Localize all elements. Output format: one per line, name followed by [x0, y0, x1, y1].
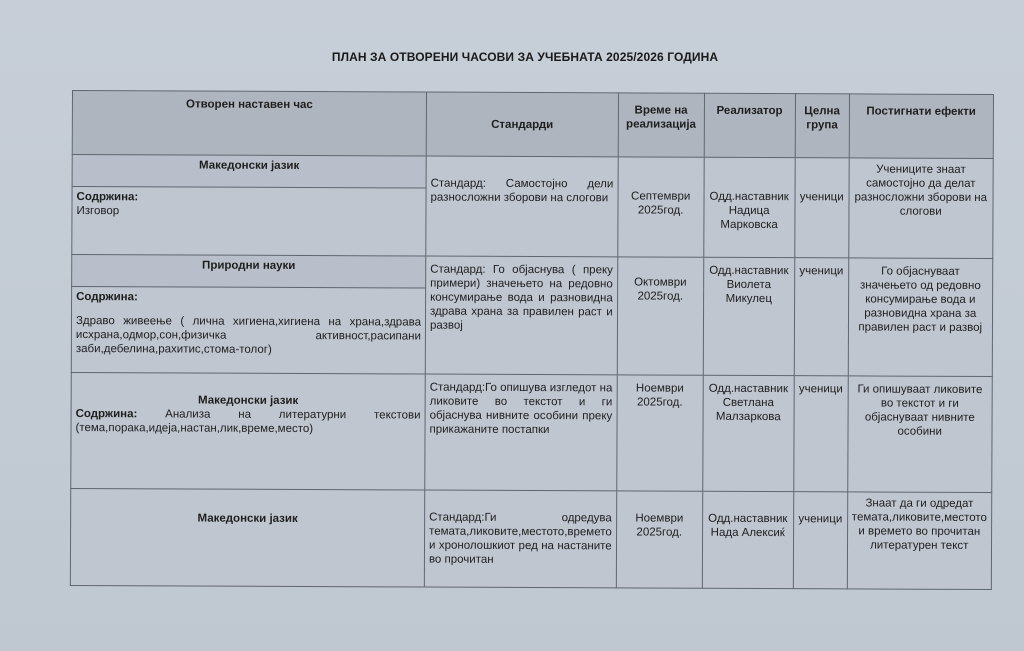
content-label: Содржина: — [77, 190, 422, 206]
document-title: ПЛАН ЗА ОТВОРЕНИ ЧАСОВИ ЗА УЧЕБНАТА 2025… — [300, 50, 750, 64]
content-text: Изговор — [76, 204, 421, 220]
table-row: Македонски јазик Содржина: Анализа на ли… — [71, 372, 992, 492]
target-group-cell: ученици — [794, 158, 848, 258]
subject-cell: Македонски јазик — [70, 488, 424, 587]
header-lesson: Отворен наставен час — [72, 91, 426, 157]
time-cell: Септември 2025год. — [617, 157, 703, 257]
subject-label: Македонски јазик — [76, 393, 421, 409]
effects-cell: Учениците знаат самостојно да делат разн… — [848, 158, 993, 259]
content-label: Содржина: — [76, 290, 421, 306]
target-group-cell: ученици — [794, 258, 849, 376]
effects-cell: Ги опишуваат ликовите во текстот и ги об… — [847, 376, 992, 493]
table-row: Македонски јазик Стандард: Самостојно де… — [72, 155, 993, 191]
header-standards: Стандарди — [426, 92, 618, 157]
implementer-cell: Одд.наставник Светлана Малзаркова — [702, 375, 794, 491]
header-time: Време на реализација — [618, 93, 704, 157]
implementer-cell: Одд.наставник Надица Марковска — [703, 157, 794, 257]
header-effects: Постигнати ефекти — [849, 94, 993, 159]
implementer-cell: Одд.наставник Виолета Микулец — [703, 257, 795, 375]
standard-cell: Стандард:Ги одредува темата,ликовите,мес… — [424, 490, 616, 588]
target-group-cell: ученици — [793, 376, 848, 492]
open-lessons-table: Отворен наставен час Стандарди Време на … — [70, 90, 994, 590]
content-label: Содржина: — [76, 408, 138, 420]
time-cell: Ноември 2025год. — [616, 491, 702, 588]
table-header-row: Отворен наставен час Стандарди Време на … — [72, 91, 993, 159]
standard-cell: Стандард:Го опишува изгледот на ликовите… — [425, 374, 617, 491]
subject-content-cell: Македонски јазик Содржина: Анализа на ли… — [71, 372, 426, 490]
content-block: Содржина: Анализа на литературни текстов… — [75, 407, 420, 437]
effects-cell: Го објаснуваат значењето од редовно конс… — [848, 258, 993, 377]
content-cell: Содржина: Изговор — [72, 187, 426, 257]
subject-cell: Македонски јазик — [72, 155, 426, 189]
header-target-group: Целна група — [795, 94, 849, 158]
effects-cell: Знаат да ги одредат темата,ликовите,мест… — [847, 492, 992, 590]
target-group-cell: ученици — [793, 492, 847, 589]
implementer-cell: Одд.наставник Нада Алексиќ — [702, 491, 793, 588]
header-implementer: Реализатор — [704, 93, 795, 157]
table-row: Природни науки Стандард: Го објаснува ( … — [72, 255, 993, 291]
time-cell: Октомври 2025год. — [617, 257, 704, 375]
subject-cell: Природни науки — [72, 255, 426, 289]
standard-cell: Стандард: Самостојно дели разносложни зб… — [426, 156, 618, 257]
standard-cell: Стандард: Го објаснува ( преку примери) … — [425, 256, 617, 375]
content-text: Здраво живеење ( лична хигиена,хигиена н… — [76, 314, 421, 358]
standard-text: Стандард: Самостојно дели разносложни зб… — [431, 178, 614, 205]
table-row: Македонски јазик Стандард:Ги одредува те… — [70, 488, 991, 589]
time-cell: Ноември 2025год. — [616, 375, 703, 491]
content-cell: Содржина: Здраво живеење ( лична хигиена… — [71, 287, 425, 375]
